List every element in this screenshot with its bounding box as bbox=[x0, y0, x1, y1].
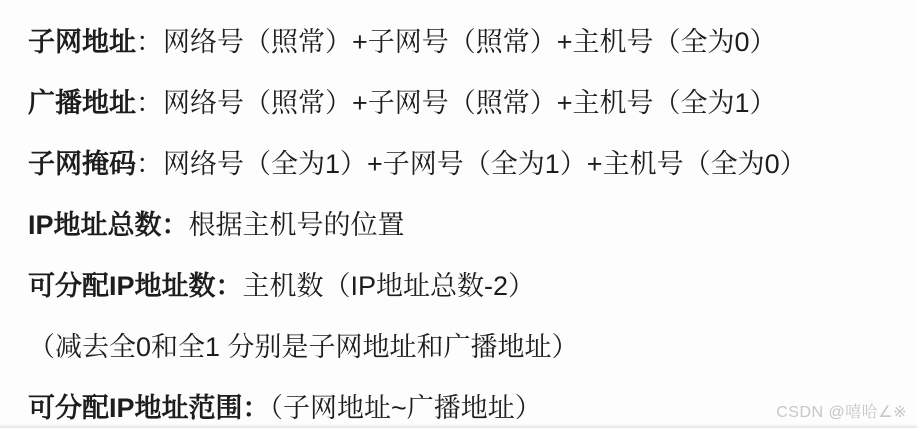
line-label: IP地址总数 bbox=[28, 210, 162, 240]
line-colon: ： bbox=[162, 210, 189, 240]
line-label: 子网地址 bbox=[28, 27, 136, 57]
line-colon: ： bbox=[243, 393, 270, 423]
photo-bottom-edge bbox=[0, 424, 917, 428]
line-colon: ： bbox=[136, 88, 163, 118]
line-colon: ： bbox=[136, 149, 163, 179]
csdn-watermark: CSDN @嘻哈∠※ bbox=[776, 399, 907, 422]
line-text: （减去全0和全1 分别是子网地址和广播地址） bbox=[28, 332, 579, 362]
line-colon: ： bbox=[136, 27, 163, 57]
line-text: 网络号（照常）+子网号（照常）+主机号（全为1） bbox=[163, 88, 777, 118]
line-label: 可分配IP地址范围 bbox=[28, 393, 243, 423]
line-text: （子网地址~广播地址） bbox=[270, 393, 542, 423]
note-line-assignable-ip-count: 可分配IP地址数：主机数（IP地址总数-2） bbox=[28, 270, 901, 303]
line-label: 可分配IP地址数 bbox=[28, 271, 216, 301]
line-text: 主机数（IP地址总数-2） bbox=[243, 271, 536, 301]
note-line-subnet-address: 子网地址：网络号（照常）+子网号（照常）+主机号（全为0） bbox=[28, 26, 901, 59]
note-line-broadcast-address: 广播地址：网络号（照常）+子网号（照常）+主机号（全为1） bbox=[28, 87, 901, 120]
line-text: 网络号（全为1）+子网号（全为1）+主机号（全为0） bbox=[163, 149, 807, 179]
line-label: 广播地址 bbox=[28, 88, 136, 118]
line-label: 子网掩码 bbox=[28, 149, 136, 179]
note-line-minus-note: （减去全0和全1 分别是子网地址和广播地址） bbox=[28, 331, 901, 364]
line-text: 网络号（照常）+子网号（照常）+主机号（全为0） bbox=[163, 27, 777, 57]
line-colon: ： bbox=[216, 271, 243, 301]
note-line-assignable-ip-range: 可分配IP地址范围：（子网地址~广播地址） bbox=[28, 392, 901, 425]
note-line-subnet-mask: 子网掩码：网络号（全为1）+子网号（全为1）+主机号（全为0） bbox=[28, 148, 901, 181]
note-line-ip-total: IP地址总数：根据主机号的位置 bbox=[28, 209, 901, 242]
line-text: 根据主机号的位置 bbox=[189, 210, 405, 240]
notes-page: 子网地址：网络号（照常）+子网号（照常）+主机号（全为0） 广播地址：网络号（照… bbox=[0, 0, 917, 428]
